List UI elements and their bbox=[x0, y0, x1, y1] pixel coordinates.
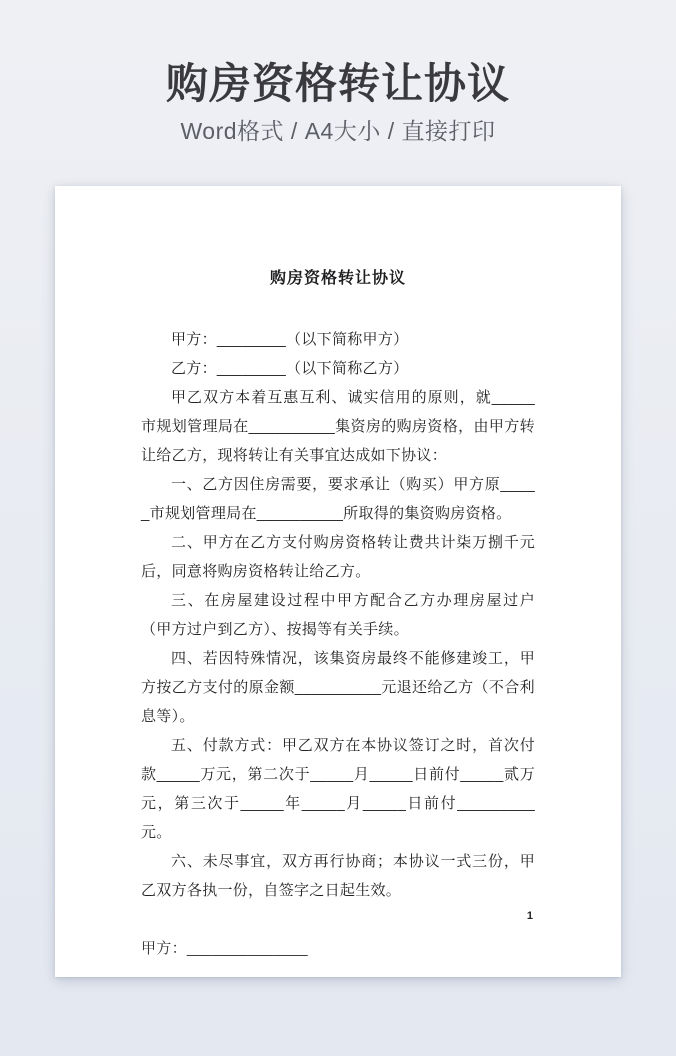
party-a-line: 甲方：________（以下简称甲方） bbox=[141, 325, 535, 354]
clause-3: 三、在房屋建设过程中甲方配合乙方办理房屋过户（甲方过户到乙方）、按揭等有关手续。 bbox=[141, 586, 535, 644]
preamble-paragraph: 甲乙双方本着互惠互利、诚实信用的原则，就_____市规划管理局在________… bbox=[141, 383, 535, 470]
banner-title: 购房资格转让协议 bbox=[0, 0, 676, 110]
banner: 购房资格转让协议 Word格式 / A4大小 / 直接打印 bbox=[0, 0, 676, 146]
document-page-preview: 购房资格转让协议 甲方：________（以下简称甲方） 乙方：________… bbox=[55, 186, 621, 977]
clause-6: 六、未尽事宜，双方再行协商；本协议一式三份，甲乙双方各执一份，自签字之日起生效。 bbox=[141, 847, 535, 905]
page-number: 1 bbox=[527, 909, 533, 923]
clause-1: 一、乙方因住房需要，要求承让（购买）甲方原_____市规划管理局在_______… bbox=[141, 470, 535, 528]
party-b-line: 乙方：________（以下简称乙方） bbox=[141, 354, 535, 383]
clause-2: 二、甲方在乙方支付购房资格转让费共计柒万捌千元后，同意将购房资格转让给乙方。 bbox=[141, 528, 535, 586]
clause-4: 四、若因特殊情况，该集资房最终不能修建竣工，甲方按乙方支付的原金额_______… bbox=[141, 644, 535, 731]
signature-line-party-a: 甲方：______________ bbox=[141, 934, 535, 963]
banner-subtitle: Word格式 / A4大小 / 直接打印 bbox=[0, 116, 676, 146]
document-body: 甲方：________（以下简称甲方） 乙方：________（以下简称乙方） … bbox=[141, 325, 535, 963]
document-title: 购房资格转让协议 bbox=[141, 268, 535, 290]
clause-5: 五、付款方式：甲乙双方在本协议签订之时，首次付款_____万元，第二次于____… bbox=[141, 731, 535, 847]
